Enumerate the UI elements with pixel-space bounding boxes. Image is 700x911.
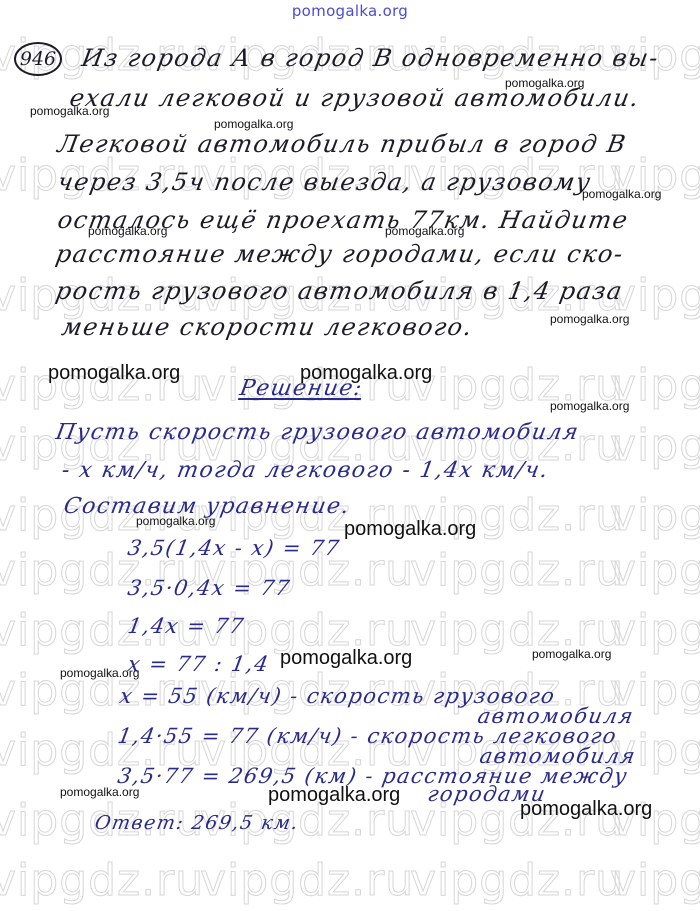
site-header-link[interactable]: pomogalka.org	[0, 2, 700, 20]
watermark-label: pomogalka.org	[344, 518, 476, 541]
problem-line: Легковой автомобиль прибыл в город В	[56, 130, 629, 158]
watermark-label: pomogalka.org	[48, 362, 180, 385]
problem-line: меньше скорости легкового.	[60, 313, 476, 341]
watermark-label: pomogalka.org	[280, 647, 412, 670]
watermark-label: pomogalka.org	[214, 117, 293, 131]
watermark-label: pomogalka.org	[550, 312, 629, 326]
solution-intro-line: - x км/ч, тогда легкового - 1,4x км/ч.	[60, 458, 551, 483]
handwritten-page: 946 Из города А в город В одновременно в…	[0, 0, 700, 911]
watermark-label: pomogalka.org	[60, 666, 139, 680]
equation-line: 1,4x = 77	[126, 614, 247, 638]
watermark-label: pomogalka.org	[88, 224, 167, 238]
watermark-label: pomogalka.org	[136, 514, 215, 528]
problem-line: через 3,5ч после выезда, а грузовому	[56, 168, 594, 196]
problem-line: расстояние между городами, если ско-	[54, 240, 627, 268]
watermark-label: pomogalka.org	[268, 784, 400, 807]
equation-line: 3,5·0,4x = 77	[126, 576, 293, 600]
watermark-label: pomogalka.org	[532, 647, 611, 661]
equation-line: 3,5(1,4x - x) = 77	[126, 536, 342, 560]
watermark-label: pomogalka.org	[300, 362, 432, 385]
equation-line: x = 77 : 1,4	[126, 652, 272, 676]
watermark-label: pomogalka.org	[520, 798, 652, 821]
watermark-label: pomogalka.org	[60, 785, 139, 799]
answer-line: Ответ: 269,5 км.	[93, 812, 301, 834]
solution-intro-line: Пусть скорость грузового автомобиля	[54, 420, 582, 445]
watermark-label: pomogalka.org	[550, 399, 629, 413]
watermark-label: pomogalka.org	[385, 224, 464, 238]
problem-line: рость грузового автомобиля в 1,4 раза	[54, 277, 626, 305]
watermark-label: pomogalka.org	[582, 187, 661, 201]
watermark-label: pomogalka.org	[505, 76, 584, 90]
watermark-label: pomogalka.org	[30, 104, 109, 118]
problem-line: Из города А в город В одновременно вы-	[80, 44, 662, 72]
problem-number: 946	[14, 42, 62, 76]
